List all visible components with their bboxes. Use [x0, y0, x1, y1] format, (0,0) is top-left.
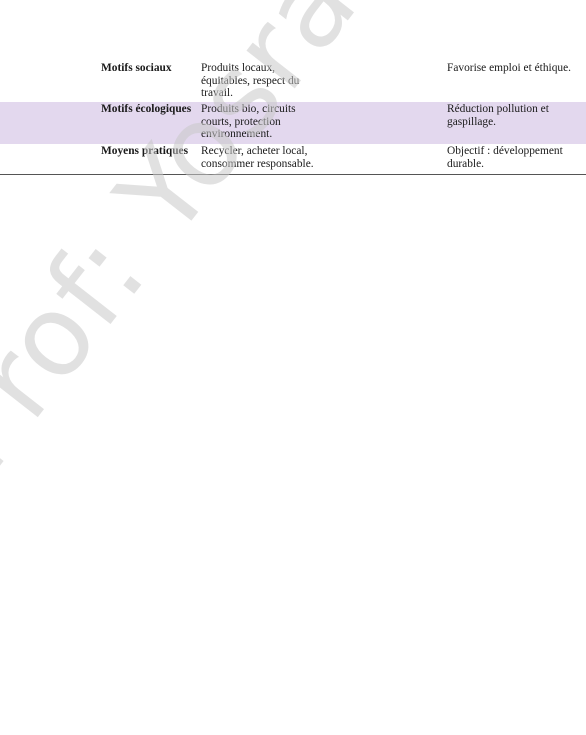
row-goal: Favorise emploi et éthique. — [447, 62, 586, 75]
row-label: Motifs écologiques — [101, 103, 193, 116]
row-description: Recycler, acheter local, consommer respo… — [201, 145, 319, 170]
table-row: Moyens pratiques Recycler, acheter local… — [0, 144, 586, 175]
row-label: Moyens pratiques — [101, 145, 193, 158]
table-row-highlighted: Motifs écologiques Produits bio, circuit… — [0, 102, 586, 144]
table-row: Motifs sociaux Produits locaux, équitabl… — [0, 60, 586, 102]
consumption-table: Motifs sociaux Produits locaux, équitabl… — [0, 60, 586, 175]
row-label: Motifs sociaux — [101, 62, 193, 75]
row-description: Produits locaux, équitables, respect du … — [201, 62, 319, 100]
document-page: Motifs sociaux Produits locaux, équitabl… — [0, 0, 586, 735]
row-goal: Objectif : développement durable. — [447, 145, 586, 170]
row-description: Produits bio, circuits courts, protectio… — [201, 103, 319, 141]
row-goal: Réduction pollution et gaspillage. — [447, 103, 586, 128]
